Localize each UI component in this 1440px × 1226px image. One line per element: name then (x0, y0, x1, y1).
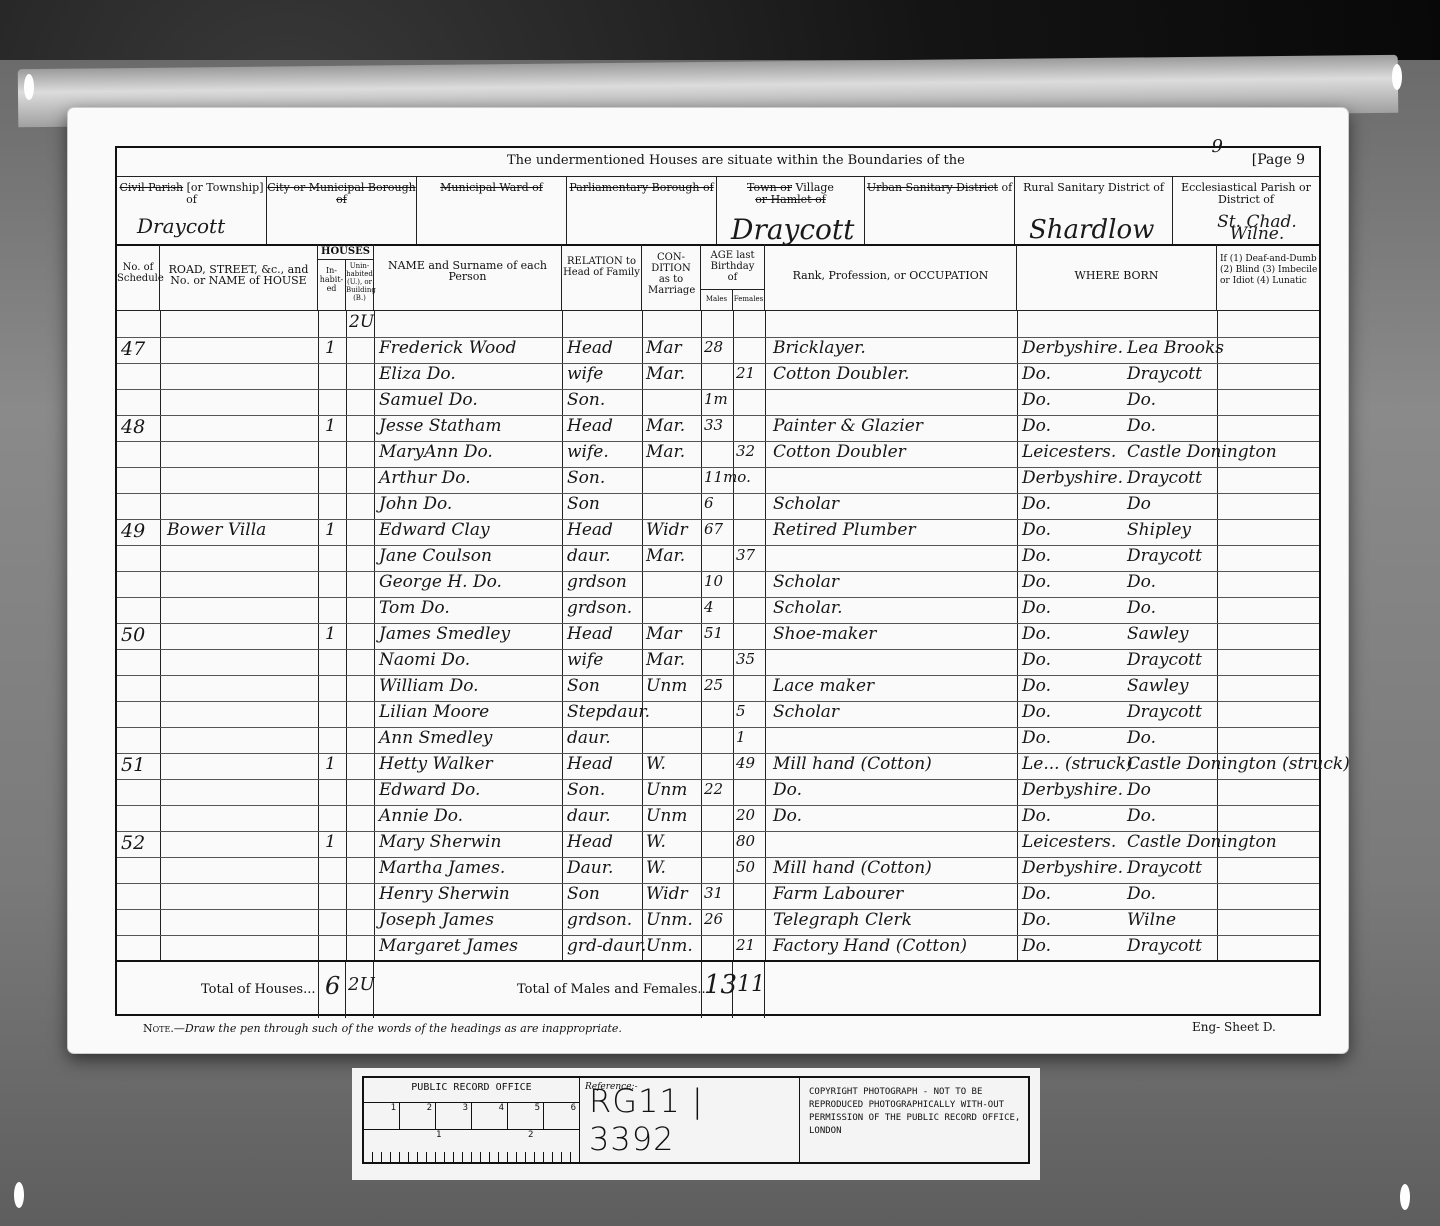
public-record-office-label: PUBLIC RECORD OFFICE 123456 1 2 Referenc… (352, 1068, 1040, 1180)
birth-place: Draycott (1127, 650, 1202, 674)
relation-to-head: grdson. (567, 910, 632, 934)
person-name: Arthur Do. (379, 468, 471, 492)
parliamentary-borough-cell: Parliamentary Borough of (567, 176, 717, 244)
relation-to-head: Son (567, 676, 600, 700)
birth-county: Do. (1022, 572, 1051, 596)
occupation: Cotton Doubler. (773, 364, 909, 388)
male-age: 67 (704, 520, 723, 544)
occupation: Bricklayer. (773, 338, 866, 362)
census-row: Tom Do.grdson.4Scholar.Do.Do. (117, 596, 1319, 624)
census-row: 471Frederick WoodHeadMar28Bricklayer.Der… (117, 336, 1319, 364)
relation-to-head: wife. (567, 442, 609, 466)
birth-place: Castle Donington (1127, 832, 1277, 856)
inhabited-count: 1 (325, 338, 336, 362)
relation-to-head: Son (567, 884, 600, 908)
birth-place: Draycott (1127, 546, 1202, 570)
schedule-number: 51 (121, 754, 145, 778)
census-row: Eliza Do.wifeMar.21Cotton Doubler.Do.Dra… (117, 362, 1319, 390)
binding-hole (1392, 64, 1402, 90)
birth-county: Leicesters. (1022, 442, 1116, 466)
female-age: 32 (736, 442, 755, 466)
census-row: Arthur Do.Son.11mo.Derbyshire.Draycott (117, 466, 1319, 494)
marital-condition: W. (646, 858, 666, 882)
schedule-number: 47 (121, 338, 145, 362)
inhabited-count: 1 (325, 754, 336, 778)
urban-sanitary-cell: Urban Sanitary District of (865, 176, 1015, 244)
birth-county: Do. (1022, 416, 1051, 440)
rural-sanitary-cell: Rural Sanitary District of Shardlow (1015, 176, 1173, 244)
occupation: Shoe-maker (773, 624, 876, 648)
census-row: John Do.Son6ScholarDo.Do (117, 492, 1319, 520)
person-name: Tom Do. (379, 598, 450, 622)
birth-place: Do. (1127, 728, 1156, 752)
col-occupation-header: Rank, Profession, or OCCUPATION (765, 244, 1017, 310)
relation-to-head: Son. (567, 468, 605, 492)
birth-place: Castle Donington (1127, 442, 1277, 466)
person-name: Frederick Wood (379, 338, 516, 362)
census-row: Jane Coulsondaur.Mar.37Do.Draycott (117, 544, 1319, 572)
pro-ruler-panel: PUBLIC RECORD OFFICE 123456 1 2 (364, 1078, 580, 1162)
birth-place: Sawley (1127, 624, 1188, 648)
relation-to-head: wife (567, 650, 603, 674)
birth-county: Do. (1022, 728, 1051, 752)
total-uninhabited: 2U (348, 974, 375, 995)
person-name: Mary Sherwin (379, 832, 501, 856)
person-name: James Smedley (379, 624, 510, 648)
occupation: Do. (773, 780, 802, 804)
occupation: Mill hand (Cotton) (773, 858, 932, 882)
census-row: Joseph Jamesgrdson.Unm.26Telegraph Clerk… (117, 908, 1319, 936)
male-age: 25 (704, 676, 723, 700)
relation-to-head: grd-daur. (567, 936, 646, 960)
inhabited-count: 1 (325, 520, 336, 544)
occupation: Cotton Doubler (773, 442, 906, 466)
birth-county: Derbyshire. (1022, 468, 1123, 492)
relation-to-head: wife (567, 364, 603, 388)
col-infirmity-header: If (1) Deaf-and-Dumb (2) Blind (3) Imbec… (1217, 244, 1321, 310)
female-age: 21 (736, 936, 755, 960)
relation-to-head: daur. (567, 728, 611, 752)
district-header-row: Civil Parish [or Township] of Draycott C… (117, 176, 1319, 246)
occupation: Farm Labourer (773, 884, 903, 908)
inhabited-count: 1 (325, 624, 336, 648)
schedule-number: 48 (121, 416, 145, 440)
relation-to-head: Head (567, 416, 613, 440)
birth-place: Draycott (1127, 858, 1202, 882)
male-age: 6 (704, 494, 714, 518)
male-age: 11mo. (704, 468, 751, 492)
female-age: 80 (736, 832, 755, 856)
birth-county: Do. (1022, 598, 1051, 622)
birth-place: Do. (1127, 390, 1156, 414)
person-name: Edward Do. (379, 780, 480, 804)
census-row: Edward Do.Son.Unm22Do.Derbyshire.Do (117, 778, 1319, 806)
male-age: 28 (704, 338, 723, 362)
ecclesiastical-parish-cell: Ecclesiastical Parish or District of St.… (1173, 176, 1319, 244)
birth-place: Sawley (1127, 676, 1188, 700)
person-name: Lilian Moore (379, 702, 489, 726)
census-row: Ann Smedleydaur.1Do.Do. (117, 726, 1319, 754)
marital-condition: Mar. (646, 364, 685, 388)
person-name: Henry Sherwin (379, 884, 510, 908)
relation-to-head: daur. (567, 546, 611, 570)
female-age: 50 (736, 858, 755, 882)
birth-place: Do. (1127, 598, 1156, 622)
col-males-header: Males (701, 290, 733, 310)
col-name-header: NAME and Surname of each Person (374, 244, 562, 310)
relation-to-head: grdson. (567, 598, 632, 622)
census-row: 511Hetty WalkerHeadW.49Mill hand (Cotton… (117, 752, 1319, 780)
person-name: William Do. (379, 676, 479, 700)
person-name: Edward Clay (379, 520, 490, 544)
total-houses-label: Total of Houses... (201, 982, 316, 997)
birth-place: Draycott (1127, 936, 1202, 960)
occupation: Scholar (773, 572, 839, 596)
relation-to-head: Stepdaur. (567, 702, 650, 726)
census-row: Margaret Jamesgrd-daur.Unm.21Factory Han… (117, 934, 1319, 962)
female-age: 20 (736, 806, 755, 830)
col-age-header: AGE last Birthday of (701, 244, 765, 290)
binding-hole (14, 1182, 24, 1208)
inch-ruler: 1 2 (364, 1130, 579, 1164)
birth-place: Castle Donington (struck) (1127, 754, 1350, 778)
census-row: 49Bower Villa1Edward ClayHeadWidr67Retir… (117, 518, 1319, 546)
marital-condition: Mar. (646, 442, 685, 466)
birth-county: Do. (1022, 702, 1051, 726)
occupation: Factory Hand (Cotton) (773, 936, 967, 960)
census-row: William Do.SonUnm25Lace makerDo.Sawley (117, 674, 1319, 702)
birth-place: Wilne (1127, 910, 1176, 934)
person-name: John Do. (379, 494, 452, 518)
marital-condition: Unm (646, 806, 687, 830)
male-age: 33 (704, 416, 723, 440)
civil-parish-value: Draycott (137, 220, 225, 232)
person-name: Eliza Do. (379, 364, 456, 388)
birth-place: Do. (1127, 806, 1156, 830)
municipal-ward-cell: Municipal Ward of (417, 176, 567, 244)
marital-condition: Mar (646, 338, 682, 362)
totals-row: Total of Houses... 6 2U Total of Males a… (117, 960, 1319, 1018)
person-name: Jane Coulson (379, 546, 492, 570)
road-or-house-name: Bower Villa (167, 520, 266, 544)
relation-to-head: Head (567, 624, 613, 648)
col-females-header: Females (733, 290, 765, 310)
census-row: 521Mary SherwinHeadW.80Leicesters.Castle… (117, 830, 1319, 858)
marital-condition: Unm. (646, 910, 693, 934)
person-name: Annie Do. (379, 806, 463, 830)
female-age: 37 (736, 546, 755, 570)
census-entries: 2U471Frederick WoodHeadMar28Bricklayer.D… (117, 310, 1319, 960)
birth-place: Do. (1127, 572, 1156, 596)
birth-place: Do. (1127, 416, 1156, 440)
inhabited-count: 1 (325, 416, 336, 440)
schedule-number: 49 (121, 520, 145, 544)
total-inhabited: 6 (325, 972, 340, 1000)
col-relation-header: RELATION to Head of Family (562, 244, 642, 310)
census-row: Henry SherwinSonWidr31Farm LabourerDo.Do… (117, 882, 1319, 910)
birth-county: Do. (1022, 624, 1051, 648)
male-age: 1m (704, 390, 728, 414)
female-age: 1 (736, 728, 746, 752)
birth-county: Do. (1022, 390, 1051, 414)
relation-to-head: grdson (567, 572, 627, 596)
birth-place: Draycott (1127, 468, 1202, 492)
census-row: Lilian MooreStepdaur.5ScholarDo.Draycott (117, 700, 1319, 728)
birth-place: Do. (1127, 884, 1156, 908)
birth-county: Do. (1022, 936, 1051, 960)
person-name: Naomi Do. (379, 650, 470, 674)
birth-county: Do. (1022, 910, 1051, 934)
person-name: MaryAnn Do. (379, 442, 493, 466)
occupation: Scholar (773, 494, 839, 518)
total-females: 11 (737, 972, 765, 997)
birth-county: Do. (1022, 494, 1051, 518)
birth-county: Do. (1022, 884, 1051, 908)
birth-county: Le... (struck) (1022, 754, 1133, 778)
rural-sanitary-value: Shardlow (1029, 224, 1154, 236)
person-name: Samuel Do. (379, 390, 478, 414)
col-where-born-header: WHERE BORN (1017, 244, 1217, 310)
ecclesiastical-parish-value: St. Chad. Wilne. (1195, 216, 1319, 240)
schedule-number: 52 (121, 832, 145, 856)
occupation: Painter & Glazier (773, 416, 923, 440)
col-inhabited-header: In-habit-ed (318, 260, 346, 310)
copyright-notice: COPYRIGHT PHOTOGRAPH - NOT TO BE REPRODU… (809, 1086, 1029, 1138)
person-name: Margaret James (379, 936, 518, 960)
female-age: 5 (736, 702, 746, 726)
male-age: 31 (704, 884, 723, 908)
folio-number: 9 (1212, 136, 1223, 157)
birth-place: Lea Brooks (1127, 338, 1224, 362)
municipal-borough-cell: City or Municipal Borough of (267, 176, 417, 244)
marital-condition: W. (646, 754, 666, 778)
marital-condition: Widr (646, 884, 688, 908)
relation-to-head: Son. (567, 390, 605, 414)
reference-value: RG11 | 3392 (589, 1082, 799, 1158)
form-note: Note.—Draw the pen through such of the w… (143, 1022, 622, 1035)
male-age: 26 (704, 910, 723, 934)
col-houses-header: HOUSES (318, 244, 374, 260)
marital-condition: Mar. (646, 546, 685, 570)
relation-to-head: Head (567, 754, 613, 778)
marital-condition: W. (646, 832, 666, 856)
census-row: Annie Do.daur.Unm20Do.Do.Do. (117, 804, 1319, 832)
birth-county: Leicesters. (1022, 832, 1116, 856)
person-name: Jesse Statham (379, 416, 501, 440)
column-header-row: No. of Schedule ROAD, STREET, &c., and N… (117, 244, 1319, 311)
person-name: George H. Do. (379, 572, 502, 596)
male-age: 51 (704, 624, 723, 648)
relation-to-head: Son. (567, 780, 605, 804)
marital-condition: Unm (646, 676, 687, 700)
census-row: 481Jesse StathamHeadMar.33Painter & Glaz… (117, 414, 1319, 442)
form-title: The undermentioned Houses are situate wi… (507, 153, 965, 168)
census-row: 501James SmedleyHeadMar51Shoe-makerDo.Sa… (117, 622, 1319, 650)
male-age: 22 (704, 780, 723, 804)
census-form: The undermentioned Houses are situate wi… (115, 146, 1321, 1016)
census-row: Samuel Do.Son.1mDo.Do. (117, 388, 1319, 416)
marital-condition: Mar. (646, 416, 685, 440)
male-age: 4 (704, 598, 714, 622)
relation-to-head: Head (567, 520, 613, 544)
page-number: [Page 9 (1252, 152, 1305, 168)
birth-place: Draycott (1127, 702, 1202, 726)
occupation: Scholar. (773, 598, 843, 622)
col-road-header: ROAD, STREET, &c., and No. or NAME of HO… (160, 244, 318, 310)
marital-condition: Mar. (646, 650, 685, 674)
birth-county: Do. (1022, 364, 1051, 388)
occupation: Telegraph Clerk (773, 910, 912, 934)
relation-to-head: Head (567, 832, 613, 856)
marital-condition: Unm. (646, 936, 693, 960)
marital-condition: Widr (646, 520, 688, 544)
marital-condition: Mar (646, 624, 682, 648)
birth-place: Do (1127, 494, 1151, 518)
census-row: 2U (117, 310, 1319, 338)
census-row: MaryAnn Do.wife.Mar.32Cotton DoublerLeic… (117, 440, 1319, 468)
census-row: Martha James.Daur.W.50Mill hand (Cotton)… (117, 856, 1319, 884)
pro-office-name: PUBLIC RECORD OFFICE (364, 1082, 579, 1093)
pro-reference-panel: Reference:- RG11 | 3392 (579, 1078, 800, 1162)
occupation: Do. (773, 806, 802, 830)
female-age: 35 (736, 650, 755, 674)
birth-county: Derbyshire. (1022, 858, 1123, 882)
birth-county: Do. (1022, 520, 1051, 544)
birth-county: Do. (1022, 650, 1051, 674)
binding-hole (1400, 1184, 1410, 1210)
occupation: Mill hand (Cotton) (773, 754, 932, 778)
total-persons-label: Total of Males and Females... (517, 982, 710, 997)
relation-to-head: Daur. (567, 858, 613, 882)
inhabited-count: 1 (325, 832, 336, 856)
occupation: Lace maker (773, 676, 874, 700)
person-name: Hetty Walker (379, 754, 493, 778)
village-value: Draycott (731, 224, 854, 236)
female-age: 21 (736, 364, 755, 388)
uninhabited-count: 2U (349, 312, 374, 336)
col-uninhabited-header: Unin-habited (U.), or Building (B.) (346, 260, 374, 310)
birth-county: Do. (1022, 676, 1051, 700)
col-condition-header: CON-DITION as to Marriage (642, 244, 701, 310)
relation-to-head: Son (567, 494, 600, 518)
occupation: Scholar (773, 702, 839, 726)
birth-county: Derbyshire. (1022, 338, 1123, 362)
census-row: George H. Do.grdson10ScholarDo.Do. (117, 570, 1319, 598)
binding-hole (24, 74, 34, 100)
relation-to-head: Head (567, 338, 613, 362)
birth-county: Do. (1022, 806, 1051, 830)
birth-place: Shipley (1127, 520, 1191, 544)
sheet-label: Eng- Sheet D. (1192, 1020, 1276, 1034)
birth-county: Derbyshire. (1022, 780, 1123, 804)
person-name: Martha James. (379, 858, 505, 882)
cm-ruler: 123456 (364, 1102, 579, 1130)
birth-place: Draycott (1127, 364, 1202, 388)
birth-place: Do (1127, 780, 1151, 804)
relation-to-head: daur. (567, 806, 611, 830)
form-title-row: The undermentioned Houses are situate wi… (117, 148, 1319, 177)
marital-condition: Unm (646, 780, 687, 804)
occupation: Retired Plumber (773, 520, 916, 544)
village-cell: Town or Village or Hamlet of Draycott (717, 176, 865, 244)
birth-county: Do. (1022, 546, 1051, 570)
civil-parish-cell: Civil Parish [or Township] of Draycott (117, 176, 267, 244)
census-row: Naomi Do.wifeMar.35Do.Draycott (117, 648, 1319, 676)
person-name: Ann Smedley (379, 728, 492, 752)
person-name: Joseph James (379, 910, 494, 934)
col-schedule-header: No. of Schedule (117, 244, 160, 310)
female-age: 49 (736, 754, 755, 778)
male-age: 10 (704, 572, 723, 596)
schedule-number: 50 (121, 624, 145, 648)
